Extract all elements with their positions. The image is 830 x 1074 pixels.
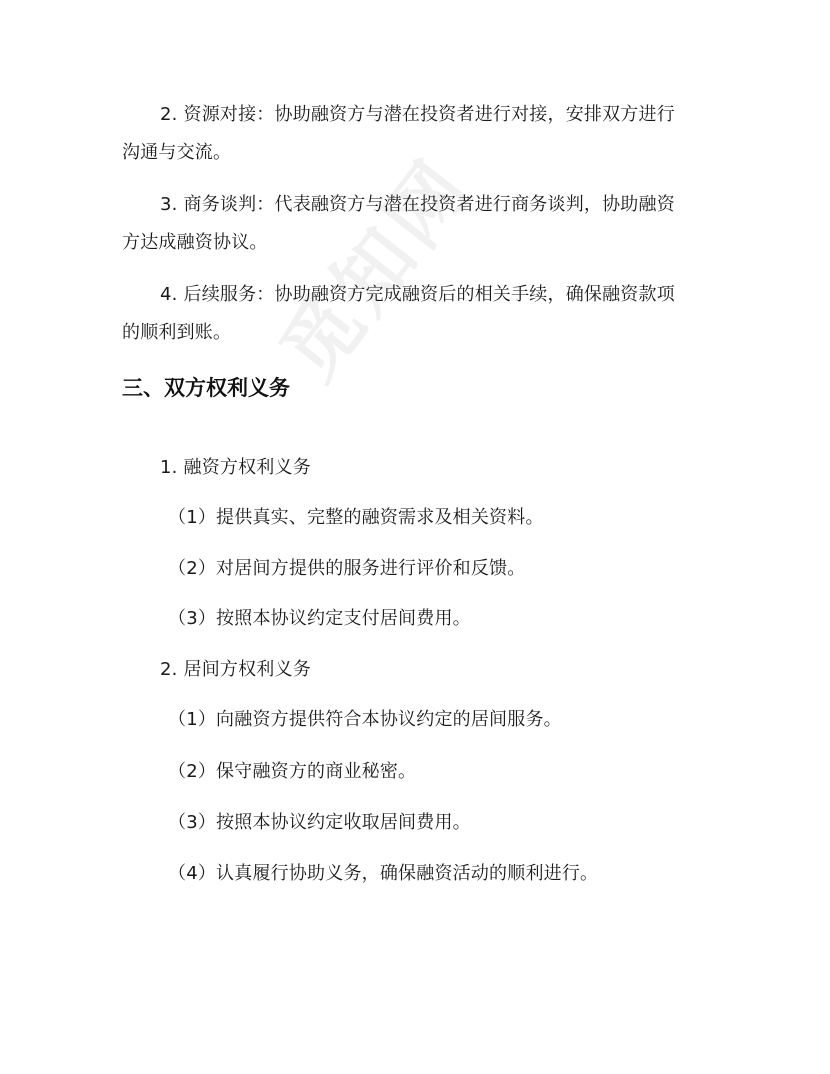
paragraph-line: 沟通与交流。 (122, 142, 231, 164)
list-item: （1）向融资方提供符合本协议约定的居间服务。 (168, 709, 562, 731)
list-item: （2）对居间方提供的服务进行评价和反馈。 (168, 558, 525, 580)
paragraph-line: 4. 后续服务：协助融资方完成融资后的相关手续，确保融资款项 (160, 284, 675, 306)
list-item: （1）提供真实、完整的融资需求及相关资料。 (168, 507, 544, 529)
paragraph-line: 2. 资源对接：协助融资方与潜在投资者进行对接，安排双方进行 (160, 104, 675, 126)
list-item: （2）保守融资方的商业秘密。 (168, 761, 416, 783)
paragraph-line: 的顺利到账。 (122, 322, 231, 344)
list-item: （4）认真履行协助义务，确保融资活动的顺利进行。 (168, 863, 598, 885)
paragraph-line: 3. 商务谈判：代表融资方与潜在投资者进行商务谈判，协助融资 (160, 194, 675, 216)
list-item: （3）按照本协议约定支付居间费用。 (168, 608, 471, 630)
subsection-title: 1. 融资方权利义务 (160, 457, 311, 479)
subsection-title: 2. 居间方权利义务 (160, 659, 311, 681)
document-page: 觅知网 2. 资源对接：协助融资方与潜在投资者进行对接，安排双方进行 沟通与交流… (0, 0, 830, 1074)
section-heading: 三、双方权利义务 (122, 375, 290, 401)
paragraph-line: 方达成融资协议。 (122, 232, 268, 254)
list-item: （3）按照本协议约定收取居间费用。 (168, 812, 471, 834)
watermark: 觅知网 (250, 131, 493, 399)
